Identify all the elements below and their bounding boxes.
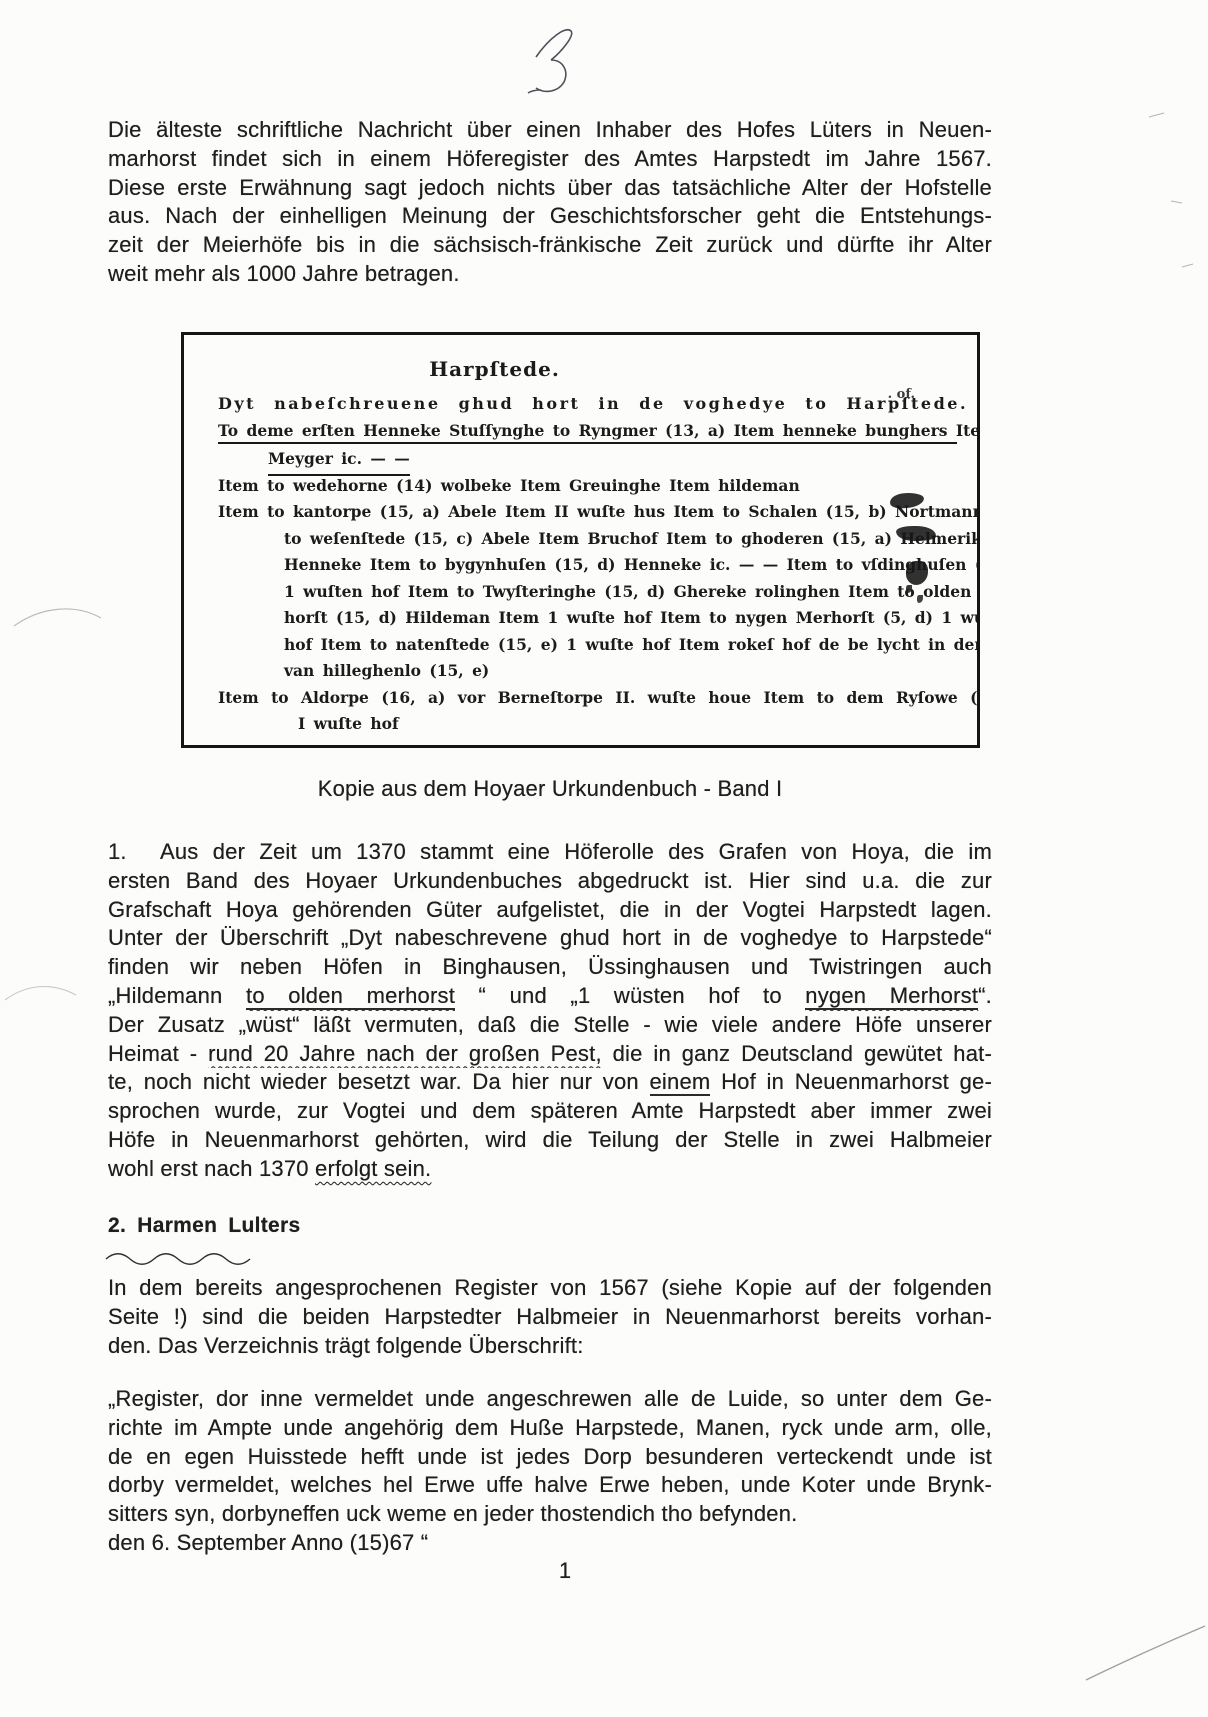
text-line: marhorst findet sich in einem Höferegist… <box>108 145 992 174</box>
register-excerpt-box: Harpſtede. . of. Dyt nabeſchreuene ghud … <box>181 332 980 748</box>
text-line: Unter der Überschrift „Dyt nabeschrevene… <box>108 924 992 953</box>
text-line: Die älteste schriftliche Nachricht über … <box>108 116 992 145</box>
text-segment: Heimat - <box>108 1041 208 1066</box>
scanned-document-page: Die älteste schriftliche Nachricht über … <box>0 0 1208 1717</box>
intro-paragraph: Die älteste schriftliche Nachricht über … <box>108 116 992 289</box>
quote-paragraph: „Register, dor inne vermeldet unde anges… <box>108 1385 992 1558</box>
excerpt-line-text: Meyger ic. — — <box>268 446 410 476</box>
text-line: Grafschaft Hoya gehörenden Güter aufgeli… <box>108 896 992 925</box>
text-line: Heimat - rund 20 Jahre nach der großen P… <box>108 1040 992 1069</box>
text-line: sprochen wurde, zur Vogtei und dem späte… <box>108 1097 992 1126</box>
text-line: aus. Nach der einhelligen Meinung der Ge… <box>108 202 992 231</box>
excerpt-line: Item to wedehorne (14) wolbeke Item Greu… <box>218 473 951 500</box>
underlined-text: einem <box>650 1069 711 1096</box>
text-line: Höfe in Neuenmarhorst gehörten, wird die… <box>108 1126 992 1155</box>
corner-scan-line <box>1086 1626 1205 1680</box>
text-line: finden wir neben Höfen in Binghausen, Üs… <box>108 953 992 982</box>
text-segment: “ und „1 wüsten hof to <box>455 983 805 1008</box>
text-line: zeit der Meierhöfe bis in die sächsisch-… <box>108 231 992 260</box>
excerpt-corner-note: . of. <box>888 387 915 402</box>
text-line: dorby vermeldet, welches hel Erwe uffe h… <box>108 1471 992 1500</box>
text-line: richte im Ampte unde angehörig dem Huße … <box>108 1414 992 1443</box>
excerpt-line: van hilleghenlo (15, e) <box>284 658 951 685</box>
text-segment: wohl erst nach 1370 <box>108 1156 315 1181</box>
text-line: te, noch nicht wieder besetzt war. Da hi… <box>108 1068 992 1097</box>
excerpt-line: 1 wuſten hof Item to Twyſteringhe (15, d… <box>284 579 951 606</box>
excerpt-lines: Dyt nabeſchreuene ghud hort in de voghed… <box>184 391 977 738</box>
margin-arc-left-upper <box>14 609 101 626</box>
text-line: wohl erst nach 1370 erfolgt sein. <box>108 1155 992 1184</box>
excerpt-line: hof Item to natenſtede (15, e) 1 wuſte h… <box>284 632 951 659</box>
heading-wavy-underline <box>106 1254 250 1265</box>
handwritten-squiggle-mark <box>528 30 572 93</box>
excerpt-line: Henneke Item to bygynhuſen (15, d) Henne… <box>284 552 951 579</box>
underlined-text: nygen Merhorst <box>805 983 978 1010</box>
text-line: Diese erste Erwähnung sagt jedoch nichts… <box>108 174 992 203</box>
excerpt-line: horſt (15, d) Hildeman Item 1 wuſte hof … <box>284 605 951 632</box>
text-segment: te, noch nicht wieder besetzt war. Da hi… <box>108 1069 650 1094</box>
margin-dash-marks <box>1149 113 1193 267</box>
text-line: „Register, dor inne vermeldet unde anges… <box>108 1385 992 1414</box>
text-segment: „Hildemann <box>108 983 246 1008</box>
excerpt-line: Item to kantorpe (15, a) Abele Item II w… <box>218 499 951 526</box>
excerpt-title: Harpſtede. <box>181 357 891 381</box>
section-number: 1. <box>108 838 160 867</box>
text-line: Der Zusatz „wüst“ läßt vermuten, daß die… <box>108 1011 992 1040</box>
text-line: 1.Aus der Zeit um 1370 stammt eine Höfer… <box>108 838 992 867</box>
section-1-paragraph: 1.Aus der Zeit um 1370 stammt eine Höfer… <box>108 838 992 1184</box>
text-line: weit mehr als 1000 Jahre betragen. <box>108 260 992 289</box>
text-line: Seite !) sind die beiden Harpstedter Hal… <box>108 1303 992 1332</box>
text-segment: Hof in Neuenmarhorst ge- <box>710 1069 992 1094</box>
excerpt-line: Meyger ic. — — <box>218 446 951 473</box>
excerpt-line: I wuſte hof <box>298 711 951 738</box>
text-line: „Hildemann to olden merhorst “ und „1 wü… <box>108 982 992 1011</box>
underlined-text: rund 20 Jahre nach der großen Pest, <box>208 1041 602 1066</box>
page-number: 1 <box>108 1558 992 1584</box>
text-line: ersten Band des Hoyaer Urkundenbuches ab… <box>108 867 992 896</box>
text-segment: die in ganz Deutscland gewütet hat- <box>602 1041 992 1066</box>
margin-arc-left-lower <box>5 987 76 1000</box>
excerpt-line: to weſenſtede (15, c) Abele Item Bruchof… <box>284 526 951 553</box>
excerpt-caption: Kopie aus dem Hoyaer Urkundenbuch - Band… <box>108 776 992 802</box>
excerpt-line: Dyt nabeſchreuene ghud hort in de voghed… <box>218 391 951 418</box>
text-segment: Aus der Zeit um 1370 stammt eine Höferol… <box>160 839 992 864</box>
section-2-paragraph: In dem bereits angesprochenen Register v… <box>108 1274 992 1360</box>
section-2-heading: 2. Harmen Lulters <box>108 1214 992 1238</box>
excerpt-line: To deme erſten Henneke Stuſſynghe to Ryn… <box>218 418 957 445</box>
text-line: den 6. September Anno (15)67 “ <box>108 1529 992 1558</box>
text-line: In dem bereits angesprochenen Register v… <box>108 1274 992 1303</box>
text-line: de en egen Huisstede hefft unde ist jede… <box>108 1443 992 1472</box>
underlined-text: erfolgt sein. <box>315 1156 431 1181</box>
text-line: den. Das Verzeichnis trägt folgende Über… <box>108 1332 992 1361</box>
excerpt-line: Item to Aldorpe (16, a) vor Berneſtorpe … <box>218 685 951 712</box>
underlined-text: to olden merhorst <box>246 983 455 1010</box>
text-line: sitters syn, dorbyneffen uck weme en jed… <box>108 1500 992 1529</box>
text-segment: “. <box>978 983 992 1008</box>
